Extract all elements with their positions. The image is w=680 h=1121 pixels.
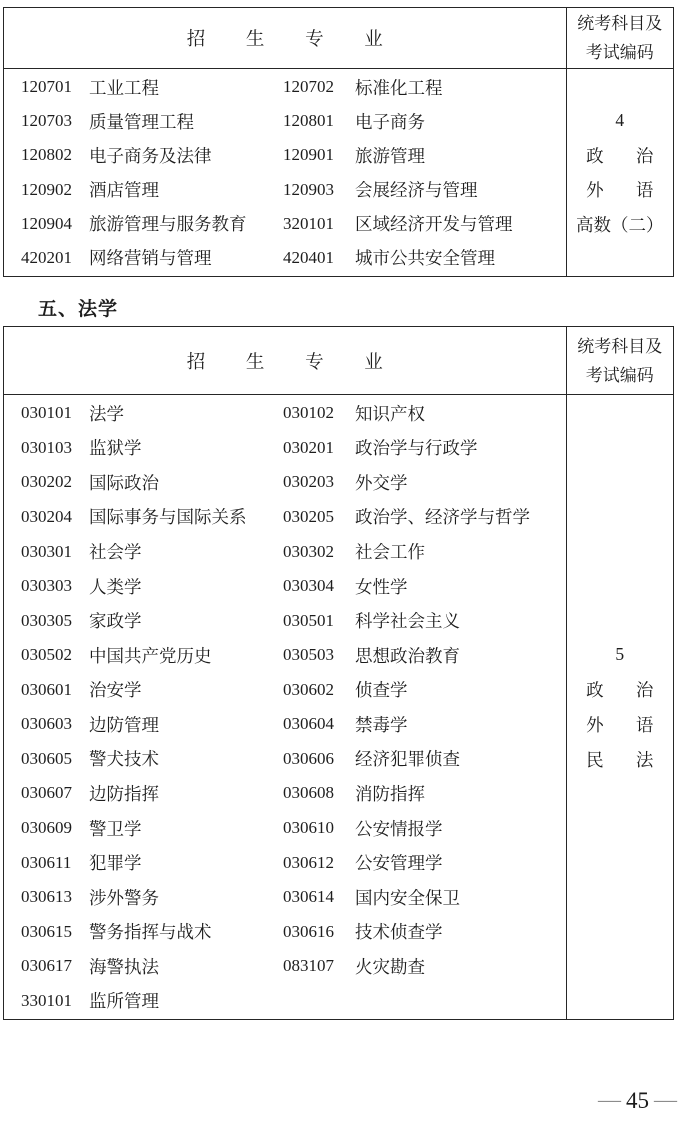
major-code: 030608 (283, 783, 355, 803)
major-name: 思想政治教育 (355, 643, 566, 668)
major-name: 标准化工程 (355, 75, 566, 100)
page-number-value: 45 (626, 1088, 649, 1114)
table-header-row: 招生专业 统考科目及 考试编码 (4, 327, 673, 395)
table-row: 420201 网络营销与管理 420401 城市公共安全管理 (4, 241, 566, 275)
header-admission-majors: 招生专业 (4, 327, 566, 394)
table-row: 030204 国际事务与国际关系 030205 政治学、经济学与哲学 (4, 500, 566, 535)
table-row: 030605 警犬技术 030606 经济犯罪侦查 (4, 742, 566, 777)
major-name: 外交学 (355, 470, 566, 495)
major-name: 公安管理学 (355, 850, 566, 875)
major-code: 030103 (21, 438, 89, 458)
exam-col-header-line2: 考试编码 (586, 38, 654, 67)
table-row: 120701 工业工程 120702 标准化工程 (4, 70, 566, 104)
major-name: 监所管理 (89, 988, 283, 1013)
major-name: 质量管理工程 (89, 109, 283, 134)
table-row: 120904 旅游管理与服务教育 320101 区域经济开发与管理 (4, 207, 566, 241)
major-code: 120701 (21, 77, 89, 97)
major-code: 030202 (21, 472, 89, 492)
major-name: 网络营销与管理 (89, 245, 283, 270)
table-body: 120701 工业工程 120702 标准化工程 120703 质量管理工程 1… (4, 69, 673, 276)
major-name: 社会学 (89, 539, 283, 564)
major-name: 技术侦查学 (355, 919, 566, 944)
table-row: 030607 边防指挥 030608 消防指挥 (4, 776, 566, 811)
page-number-dash-left: — (598, 1087, 621, 1113)
table-row: 120902 酒店管理 120903 会展经济与管理 (4, 173, 566, 207)
table-row: 030101 法学 030102 知识产权 (4, 396, 566, 431)
major-code: 120903 (283, 180, 355, 200)
major-name: 家政学 (89, 608, 283, 633)
major-name: 公安情报学 (355, 816, 566, 841)
major-name: 国际政治 (89, 470, 283, 495)
table-row: 330101 监所管理 (4, 984, 566, 1019)
exam-subject-line: 政治 (567, 138, 674, 173)
major-code: 030201 (283, 438, 355, 458)
table-row: 120802 电子商务及法律 120901 旅游管理 (4, 138, 566, 172)
major-name: 酒店管理 (89, 177, 283, 202)
major-code: 030604 (283, 714, 355, 734)
major-code: 120801 (283, 111, 355, 131)
exam-subject-line: 5 (567, 638, 674, 673)
major-name: 禁毒学 (355, 712, 566, 737)
major-name: 经济犯罪侦查 (355, 746, 566, 771)
major-code: 030204 (21, 507, 89, 527)
major-name: 电子商务及法律 (89, 143, 283, 168)
exam-col-header-line1: 统考科目及 (577, 332, 662, 361)
major-code: 030603 (21, 714, 89, 734)
major-name: 女性学 (355, 574, 566, 599)
major-code: 030304 (283, 576, 355, 596)
major-code: 083107 (283, 956, 355, 976)
table-header-row: 招生专业 统考科目及 考试编码 (4, 8, 673, 69)
major-code: 030102 (283, 403, 355, 423)
major-name: 政治学与行政学 (355, 435, 566, 460)
major-code: 330101 (21, 991, 89, 1011)
exam-subjects-cell: 5 政治 外语 民法 (566, 395, 674, 1019)
major-code: 030607 (21, 783, 89, 803)
major-name: 旅游管理 (355, 143, 566, 168)
major-code: 030205 (283, 507, 355, 527)
admission-majors-table-management: 招生专业 统考科目及 考试编码 120701 工业工程 120702 标准化工程 (3, 7, 674, 277)
major-code: 030614 (283, 887, 355, 907)
major-name: 警犬技术 (89, 746, 283, 771)
major-name: 边防管理 (89, 712, 283, 737)
major-code: 320101 (283, 214, 355, 234)
major-name: 国际事务与国际关系 (89, 504, 283, 529)
major-code: 030305 (21, 611, 89, 631)
major-name: 国内安全保卫 (355, 885, 566, 910)
exam-subject-text: 5 (615, 644, 624, 665)
admission-majors-table-law: 招生专业 统考科目及 考试编码 030101 法学 030102 知识产权 (3, 326, 674, 1020)
major-code: 030610 (283, 818, 355, 838)
table-row: 030609 警卫学 030610 公安情报学 (4, 811, 566, 846)
major-code: 030602 (283, 680, 355, 700)
major-code: 030503 (283, 645, 355, 665)
major-name: 涉外警务 (89, 885, 283, 910)
major-name: 火灾勘查 (355, 954, 566, 979)
major-name: 人类学 (89, 574, 283, 599)
section-heading-law: 五、法学 (38, 294, 118, 321)
major-name: 警务指挥与战术 (89, 919, 283, 944)
major-code: 030612 (283, 853, 355, 873)
header-title-text: 招生专业 (187, 348, 424, 374)
exam-subject-text: 政治 (586, 677, 680, 702)
major-code: 420401 (283, 248, 355, 268)
table-row: 030103 监狱学 030201 政治学与行政学 (4, 431, 566, 466)
major-name: 治安学 (89, 677, 283, 702)
exam-subject-text: 民法 (586, 747, 680, 772)
table-row: 030305 家政学 030501 科学社会主义 (4, 603, 566, 638)
table-body: 030101 法学 030102 知识产权 030103 监狱学 030201 … (4, 395, 673, 1019)
document-page: 招生专业 统考科目及 考试编码 120701 工业工程 120702 标准化工程 (0, 0, 680, 1121)
exam-subject-line: 外语 (567, 173, 674, 208)
exam-subject-line: 4 (567, 103, 674, 138)
major-name: 旅游管理与服务教育 (89, 211, 283, 236)
major-code: 030302 (283, 542, 355, 562)
major-name: 侦查学 (355, 677, 566, 702)
table-row: 030617 海警执法 083107 火灾勘查 (4, 949, 566, 984)
table-row: 030301 社会学 030302 社会工作 (4, 534, 566, 569)
major-name: 法学 (89, 401, 283, 426)
major-code: 030616 (283, 922, 355, 942)
table-row: 030615 警务指挥与战术 030616 技术侦查学 (4, 914, 566, 949)
major-code: 030501 (283, 611, 355, 631)
exam-subject-line: 高数（二） (567, 207, 674, 242)
header-exam-subjects-column: 统考科目及 考试编码 (566, 8, 674, 68)
major-name: 海警执法 (89, 954, 283, 979)
major-code: 030609 (21, 818, 89, 838)
exam-subject-text: 外语 (586, 712, 680, 737)
major-code: 030605 (21, 749, 89, 769)
header-title-text: 招生专业 (187, 25, 424, 51)
major-code: 030203 (283, 472, 355, 492)
major-name: 电子商务 (355, 109, 566, 134)
major-code: 120904 (21, 214, 89, 234)
exam-col-header-line1: 统考科目及 (577, 9, 662, 38)
table-row: 030502 中国共产党历史 030503 思想政治教育 (4, 638, 566, 673)
table-row: 030611 犯罪学 030612 公安管理学 (4, 845, 566, 880)
exam-subject-text: 外语 (586, 177, 680, 202)
major-name: 边防指挥 (89, 781, 283, 806)
majors-list: 120701 工业工程 120702 标准化工程 120703 质量管理工程 1… (4, 69, 566, 276)
page-number: — 45 — (598, 1086, 677, 1116)
header-admission-majors: 招生专业 (4, 8, 566, 68)
major-code: 030617 (21, 956, 89, 976)
header-exam-subjects-column: 统考科目及 考试编码 (566, 327, 674, 394)
table-row: 030603 边防管理 030604 禁毒学 (4, 707, 566, 742)
exam-subjects-cell: 4 政治 外语 高数（二） (566, 69, 674, 276)
table-row: 030601 治安学 030602 侦查学 (4, 673, 566, 708)
major-name: 犯罪学 (89, 850, 283, 875)
major-name: 消防指挥 (355, 781, 566, 806)
major-name: 社会工作 (355, 539, 566, 564)
major-code: 030601 (21, 680, 89, 700)
major-name: 中国共产党历史 (89, 643, 283, 668)
major-code: 030502 (21, 645, 89, 665)
exam-col-header-line2: 考试编码 (586, 361, 654, 390)
major-code: 030611 (21, 853, 89, 873)
major-name: 区域经济开发与管理 (355, 211, 566, 236)
major-code: 420201 (21, 248, 89, 268)
exam-subject-text: 政治 (586, 143, 680, 168)
major-code: 030615 (21, 922, 89, 942)
table-row: 030202 国际政治 030203 外交学 (4, 465, 566, 500)
major-code: 120802 (21, 145, 89, 165)
major-code: 030101 (21, 403, 89, 423)
major-code: 120702 (283, 77, 355, 97)
exam-subject-line: 民法 (567, 742, 674, 777)
table-row: 120703 质量管理工程 120801 电子商务 (4, 104, 566, 138)
major-code: 120703 (21, 111, 89, 131)
table-row: 030613 涉外警务 030614 国内安全保卫 (4, 880, 566, 915)
major-name: 监狱学 (89, 435, 283, 460)
major-name: 会展经济与管理 (355, 177, 566, 202)
exam-subject-line: 外语 (567, 707, 674, 742)
major-code: 030303 (21, 576, 89, 596)
major-name: 城市公共安全管理 (355, 245, 566, 270)
page-number-dash-right: — (654, 1087, 677, 1113)
exam-subject-text: 4 (615, 110, 624, 131)
major-name: 工业工程 (89, 75, 283, 100)
major-name: 知识产权 (355, 401, 566, 426)
major-code: 120901 (283, 145, 355, 165)
exam-subject-text: 高数（二） (576, 212, 664, 237)
table-row: 030303 人类学 030304 女性学 (4, 569, 566, 604)
major-name: 警卫学 (89, 816, 283, 841)
majors-list: 030101 法学 030102 知识产权 030103 监狱学 030201 … (4, 395, 566, 1019)
major-code: 030301 (21, 542, 89, 562)
major-code: 030606 (283, 749, 355, 769)
major-name: 科学社会主义 (355, 608, 566, 633)
major-name: 政治学、经济学与哲学 (355, 504, 566, 529)
major-code: 120902 (21, 180, 89, 200)
exam-subject-line: 政治 (567, 672, 674, 707)
major-code: 030613 (21, 887, 89, 907)
